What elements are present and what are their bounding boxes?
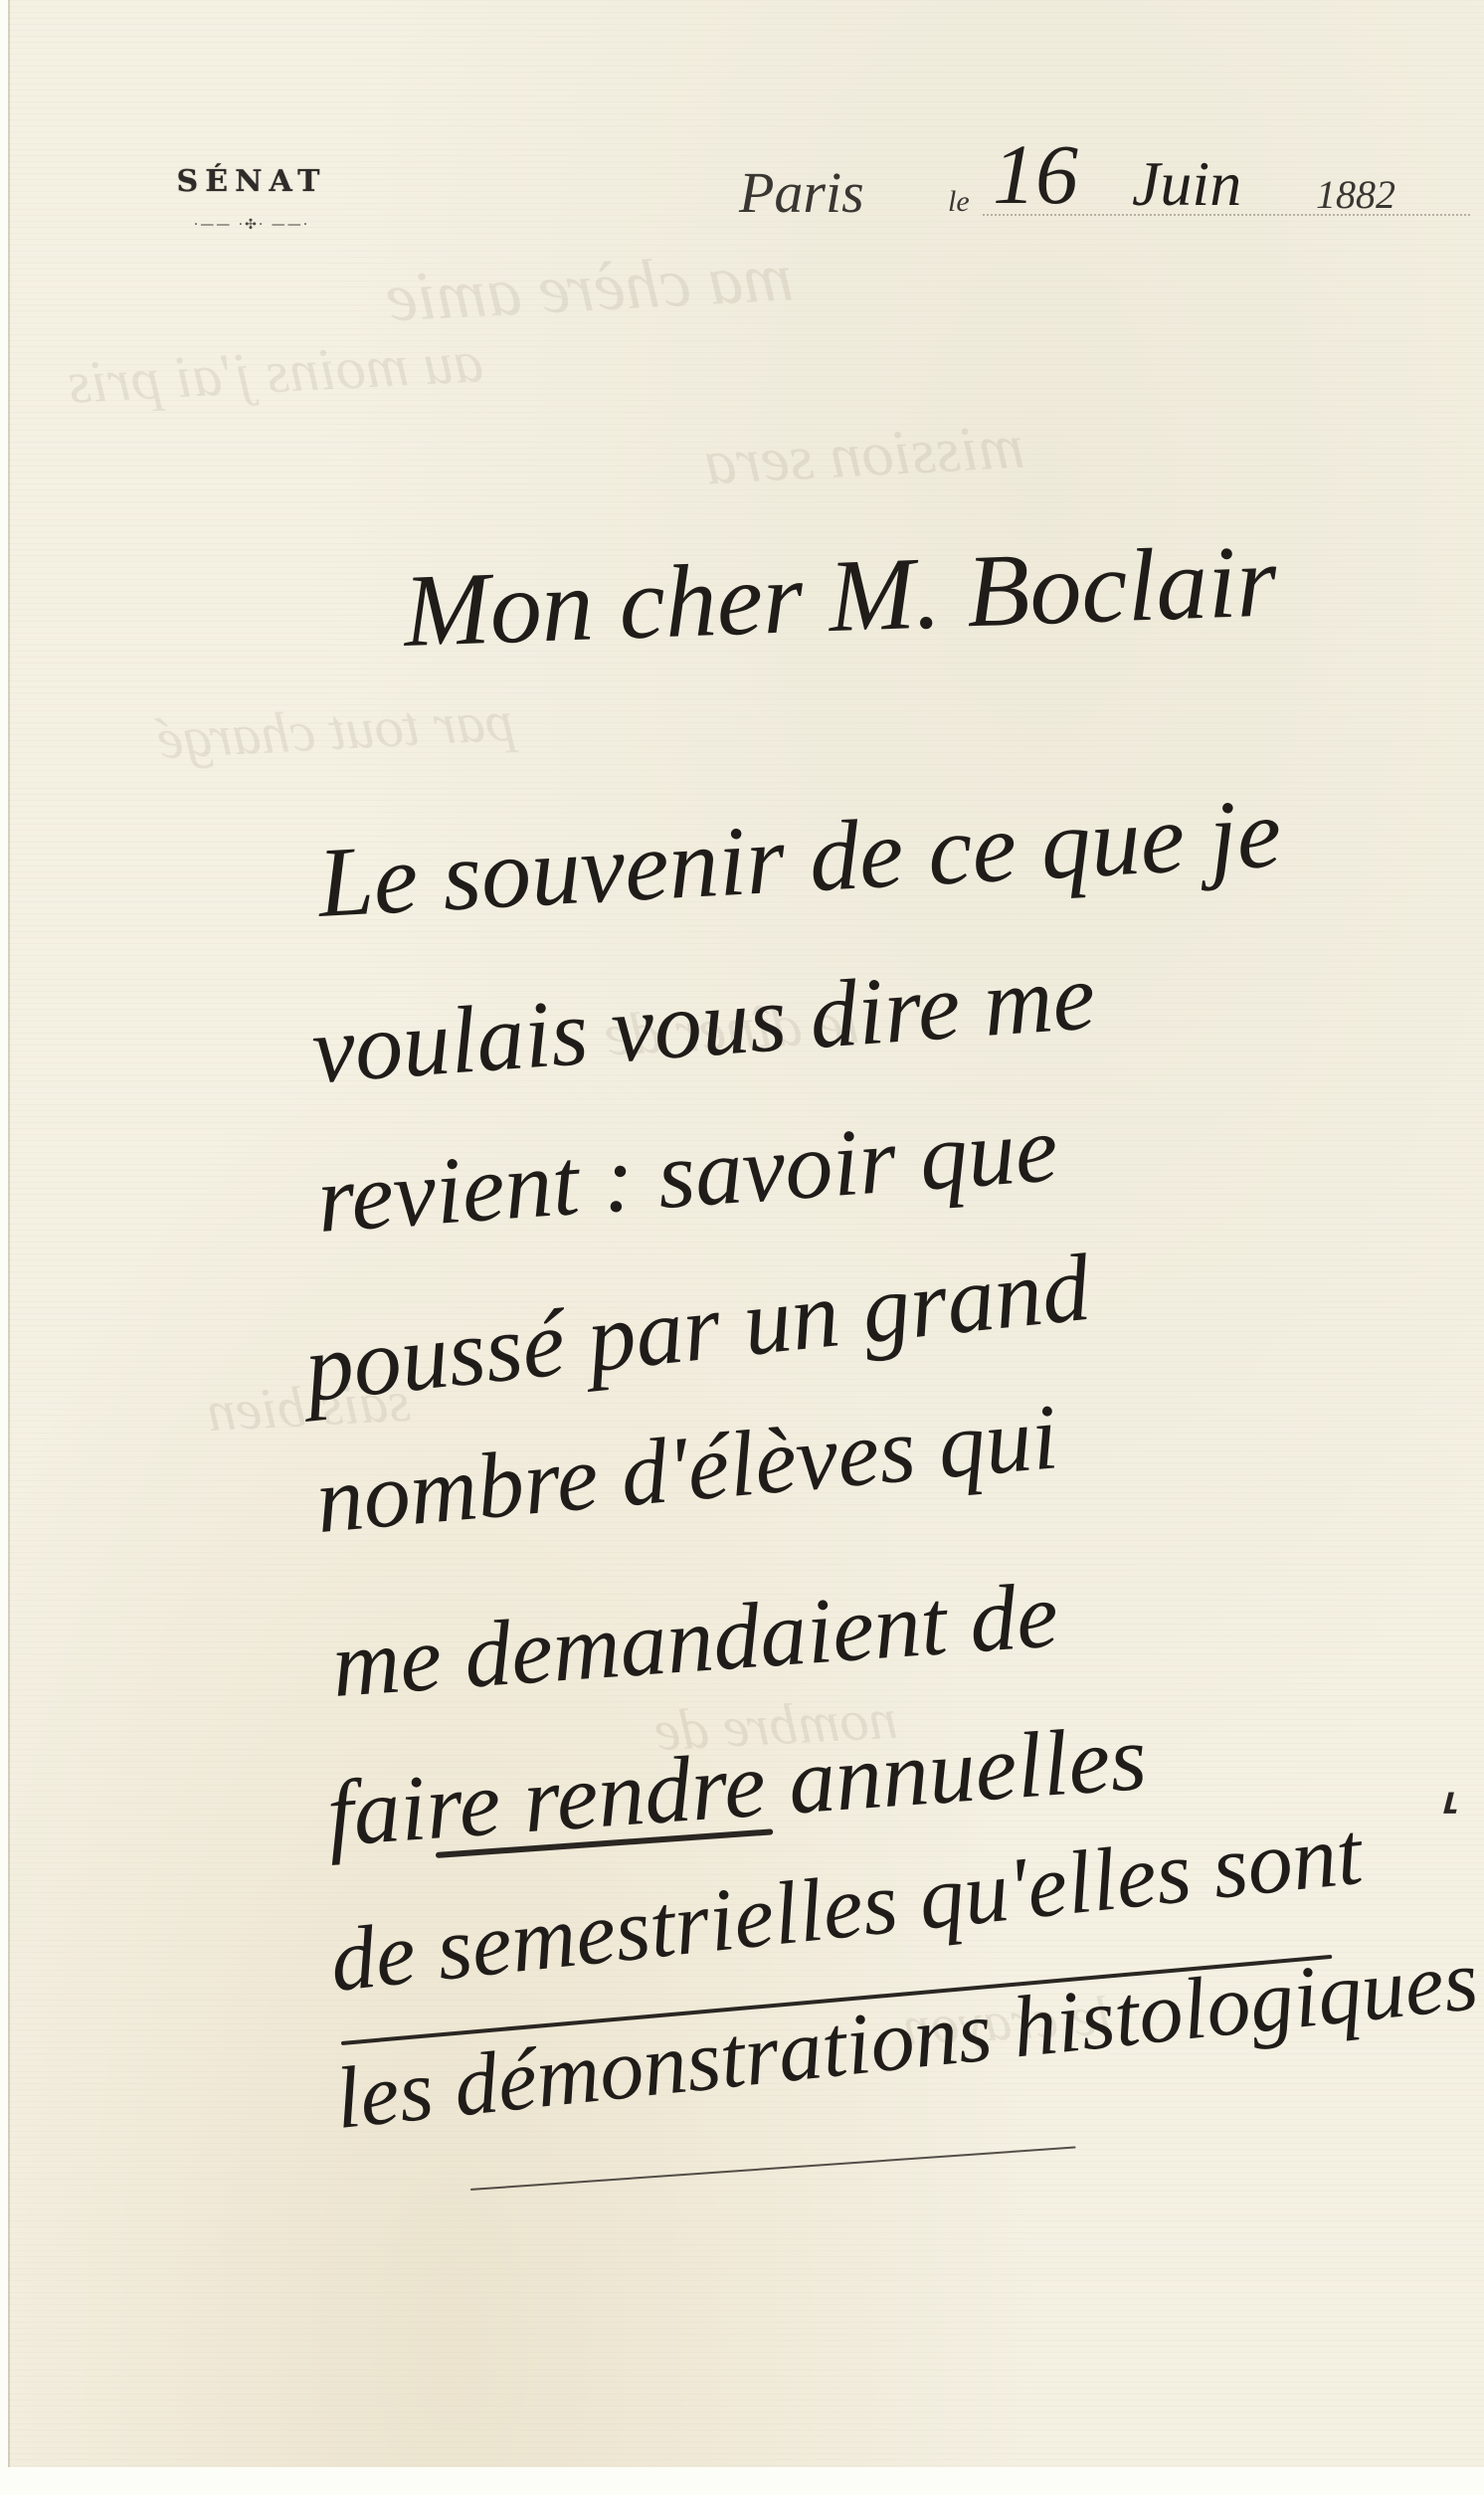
letter-line: revient : savoir que	[313, 1092, 1060, 1254]
letter-line: Le souvenir de ce que je	[315, 775, 1284, 940]
date-place: Paris	[739, 159, 864, 226]
letter-page: ma chère amie au moins j'ai pris mission…	[8, 0, 1484, 2467]
date-day: 16	[993, 124, 1078, 224]
ornament-icon: ·—— ·✣· ——·	[137, 217, 366, 233]
salutation: Mon cher M. Boclair	[402, 521, 1279, 671]
letter-line: voulais vous dire me	[308, 940, 1098, 1105]
bleed-through-text: mission sera	[702, 410, 1025, 500]
margin-mark: ⸤	[1440, 1751, 1463, 1821]
date-line: Paris le 16 Juin 1882	[739, 119, 1475, 269]
letterhead: SÉNAT ·—— ·✣· ——·	[137, 164, 366, 233]
scan-margin	[0, 2467, 1484, 2495]
bleed-through-text: par tout chargé	[155, 687, 515, 773]
date-le: le	[948, 185, 970, 219]
bleed-through-text: au moins j'ai pris	[66, 327, 484, 418]
date-year: 1882	[1316, 171, 1395, 218]
letterhead-title: SÉNAT	[137, 164, 366, 199]
date-month: Juin	[1132, 147, 1241, 221]
bleed-through-text: ma chère amie	[384, 238, 795, 338]
ink-underline	[470, 2146, 1076, 2191]
